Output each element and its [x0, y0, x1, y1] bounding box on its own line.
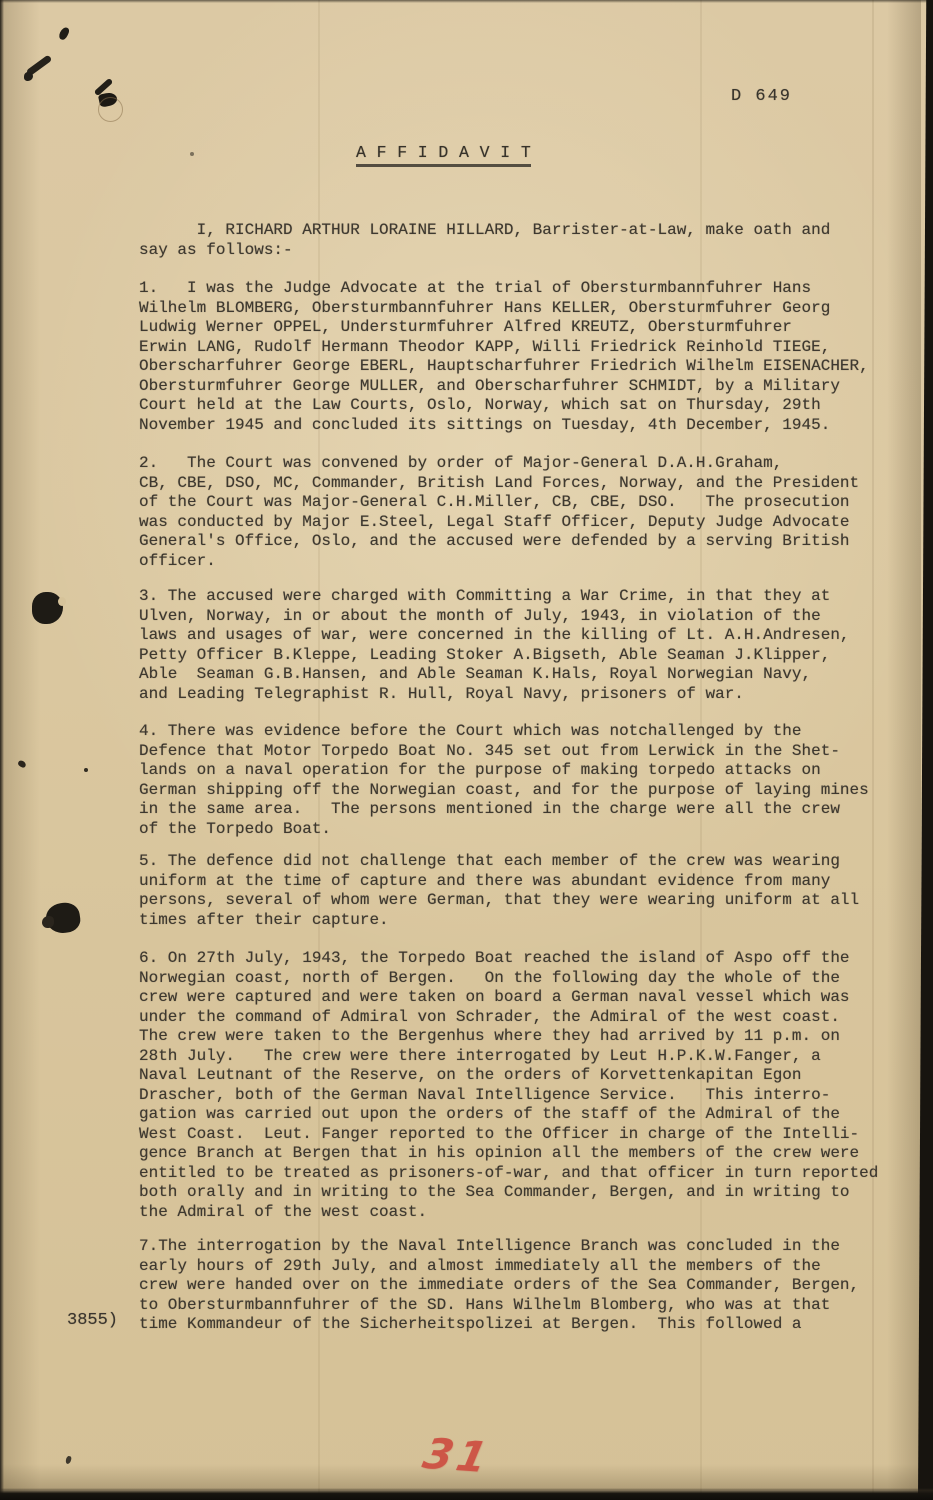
affidavit-paragraph-6: 6. On 27th July, 1943, the Torpedo Boat … [139, 949, 891, 1222]
document-title: A F F I D A V I T [356, 143, 531, 167]
scan-edge-top [0, 0, 933, 3]
scan-edge-bottom [0, 1488, 933, 1500]
paper-shade-right [887, 0, 921, 1500]
ink-speck [65, 1456, 72, 1465]
document-reference-number: D 649 [731, 87, 792, 106]
punch-hole-ink-tail [42, 916, 54, 928]
ink-splatter-ring [98, 97, 123, 122]
punch-hole-ink-blob [32, 592, 63, 624]
punch-hole-ink-blob [44, 901, 82, 935]
ink-speck [190, 152, 194, 156]
ink-speck [17, 759, 27, 768]
margin-exhibit-number: 3855) [67, 1311, 118, 1330]
affidavit-paragraph-7: 7.The interrogation by the Naval Intelli… [139, 1237, 891, 1335]
affidavit-paragraph-2: 2. The Court was convened by order of Ma… [139, 454, 891, 571]
scan-edge-right [918, 0, 933, 1500]
affidavit-paragraph-3: 3. The accused were charged with Committ… [139, 587, 891, 704]
ink-speck [58, 26, 71, 41]
punch-hole-highlight [58, 597, 66, 606]
ink-pen-stroke-blob [24, 72, 33, 81]
paper-shade-left [0, 0, 40, 1500]
ink-splatter-blob [98, 91, 118, 107]
affidavit-oath-intro: I, RICHARD ARTHUR LORAINE HILLARD, Barri… [139, 221, 891, 260]
ink-splatter-stroke [94, 78, 114, 97]
ink-speck [84, 768, 88, 772]
handwritten-page-number: 31 [419, 1429, 496, 1482]
affidavit-paragraph-5: 5. The defence did not challenge that ea… [139, 852, 891, 930]
affidavit-paragraph-4: 4. There was evidence before the Court w… [139, 722, 891, 839]
ink-pen-stroke [26, 54, 53, 76]
affidavit-paragraph-1: 1. I was the Judge Advocate at the trial… [139, 279, 891, 435]
scan-edge-left [0, 0, 4, 1500]
